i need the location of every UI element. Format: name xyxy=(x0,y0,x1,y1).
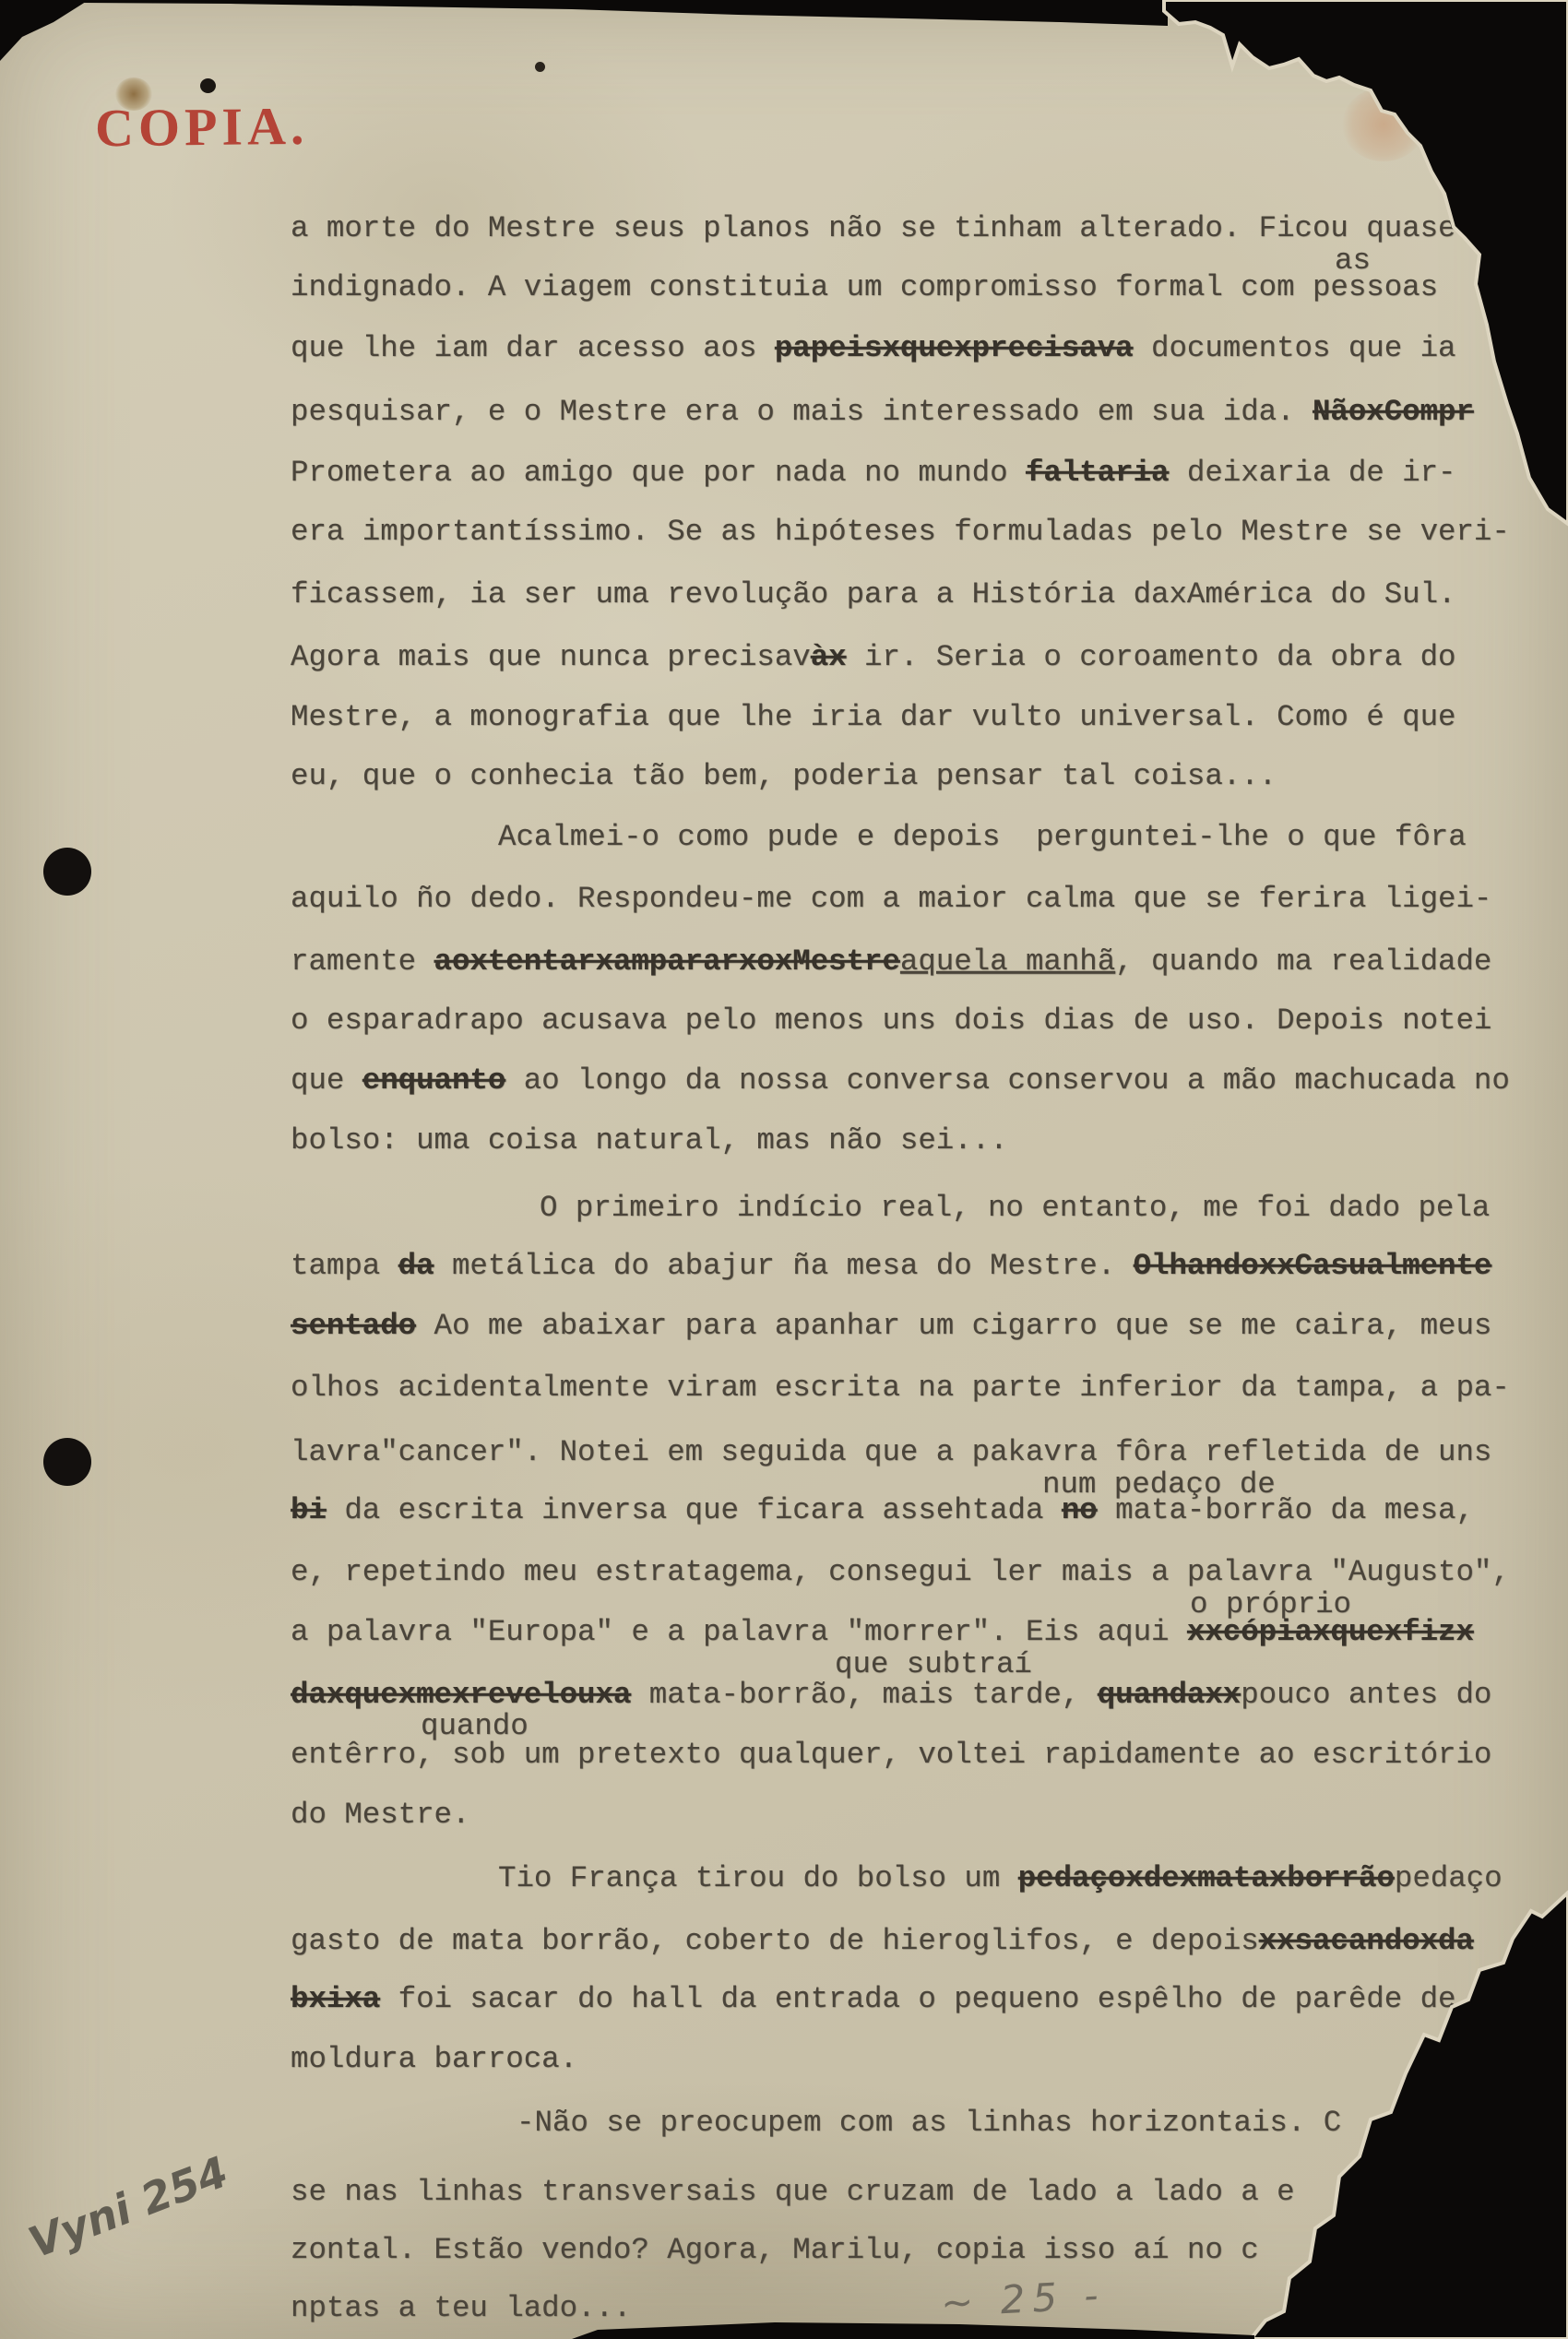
typed-line: Prometera ao amigo que por nada no mundo… xyxy=(291,458,1455,488)
typed-text-segment: que lhe iam dar acesso aos xyxy=(291,331,775,365)
typed-strikeout-segment: papeisxquexprecisava xyxy=(775,331,1134,365)
typed-underlined-segment: aquela manhã xyxy=(900,944,1115,979)
typed-text-segment: , quando ma realidade xyxy=(1115,944,1491,979)
typed-line: Mestre, a monografia que lhe iria dar vu… xyxy=(291,703,1455,732)
typed-text-segment: bolso: uma coisa natural, mas não sei... xyxy=(291,1123,1008,1158)
typed-text-segment: pouco antes do xyxy=(1241,1678,1491,1712)
typed-text-segment: Ao me abaixar para apanhar um cigarro qu… xyxy=(416,1309,1491,1343)
typed-strikeout-segment: xxsacandoxda xyxy=(1259,1924,1474,1958)
typed-line: pesquisar, e o Mestre era o mais interes… xyxy=(291,398,1474,427)
typed-strikeout-segment: enquanto xyxy=(362,1063,506,1098)
typed-text-segment: ir. Seria o coroamento da obra do xyxy=(847,640,1456,674)
typed-text-segment: ficassem, ia ser uma revolução para a Hi… xyxy=(291,577,1455,611)
typed-text-segment: deixaria de ir- xyxy=(1169,456,1455,490)
typed-text-segment: o esparadrapo acusava pelo menos uns doi… xyxy=(291,1003,1491,1038)
typed-strikeout-segment: bi xyxy=(291,1493,327,1527)
typed-line: aquilo ño dedo. Respondeu-me com a maior… xyxy=(291,885,1491,914)
typed-text-segment: a morte do Mestre seus planos não se tin… xyxy=(291,211,1455,245)
typed-line: lavra"cancer". Notei em seguida que a pa… xyxy=(291,1438,1491,1467)
typed-line: zontal. Estão vendo? Agora, Marilu, copi… xyxy=(291,2236,1259,2265)
typed-text-segment: pedaço xyxy=(1395,1861,1503,1895)
typed-text-segment: mata-borrão, mais tarde, xyxy=(631,1678,1097,1712)
ink-speck xyxy=(535,62,545,72)
typed-text-segment: Mestre, a monografia que lhe iria dar vu… xyxy=(291,700,1455,734)
typed-text-segment: zontal. Estão vendo? Agora, Marilu, copi… xyxy=(291,2233,1259,2267)
typed-strikeout-segment: faltaria xyxy=(1026,456,1170,490)
typed-text-segment: pesquisar, e o Mestre era o mais interes… xyxy=(291,395,1313,429)
typed-line: O primeiro indício real, no entanto, me … xyxy=(540,1193,1490,1223)
typed-strikeout-segment: NãoxCompr xyxy=(1313,395,1474,429)
typed-text-segment: do Mestre. xyxy=(291,1798,469,1832)
typed-line: bxixa foi sacar do hall da entrada o peq… xyxy=(291,1985,1455,2014)
typed-line: bolso: uma coisa natural, mas não sei... xyxy=(291,1126,1008,1156)
typed-line: o esparadrapo acusava pelo menos uns doi… xyxy=(291,1006,1491,1036)
typed-text-segment: metálica do abajur ña mesa do Mestre. xyxy=(434,1249,1134,1283)
typed-line: a palavra "Europa" e a palavra "morrer".… xyxy=(291,1618,1474,1647)
typed-strikeout-segment: sentado xyxy=(291,1309,416,1343)
tan-stain xyxy=(1342,88,1425,161)
typed-correction-line: que subtraí xyxy=(835,1650,1032,1680)
typed-line: que lhe iam dar acesso aos papeisxquexpr… xyxy=(291,334,1455,363)
typed-line: nptas a teu lado... xyxy=(291,2294,631,2323)
typed-strikeout-segment: quandaxx xyxy=(1098,1678,1241,1712)
typed-text-segment: Acalmei-o como pude e depois perguntei-l… xyxy=(498,820,1467,854)
typed-line: entêrro, sob um pretexto qualquer, volte… xyxy=(291,1740,1491,1770)
copia-stamp: COPIA. xyxy=(95,95,309,159)
typed-strikeout-segment: aoxtentarxampararxoxMestre xyxy=(434,944,900,979)
typed-line: tampa da metálica do abajur ña mesa do M… xyxy=(291,1252,1491,1281)
typed-text-segment: que xyxy=(291,1063,362,1098)
typed-line: Agora mais que nunca precisavàx ir. Seri… xyxy=(291,643,1455,672)
typed-line: -Não se preocupem com as linhas horizont… xyxy=(517,2108,1341,2138)
typed-strikeout-segment: bxixa xyxy=(291,1982,380,2016)
ink-speck xyxy=(200,78,216,93)
typed-strikeout-segment: no xyxy=(1062,1493,1098,1527)
typed-text-segment: Prometera ao amigo que por nada no mundo xyxy=(291,456,1026,490)
typed-line: gasto de mata borrão, coberto de hierogl… xyxy=(291,1927,1474,1956)
typed-text-segment: a palavra "Europa" e a palavra "morrer".… xyxy=(291,1615,1187,1649)
typed-line: sentado Ao me abaixar para apanhar um ci… xyxy=(291,1312,1491,1341)
typed-text-segment: se nas linhas transversais que cruzam de… xyxy=(291,2175,1295,2209)
typed-text-segment: ao longo da nossa conversa conservou a m… xyxy=(505,1063,1510,1098)
typed-text-segment: que subtraí xyxy=(835,1647,1032,1681)
typed-line: do Mestre. xyxy=(291,1800,469,1830)
punch-hole xyxy=(43,848,91,896)
typed-line: indignado. A viagem constituia um compro… xyxy=(291,273,1438,303)
typed-strikeout-segment: xxcópiaxquexfizx xyxy=(1187,1615,1474,1649)
typed-text-segment: moldura barroca. xyxy=(291,2042,577,2076)
typed-line: era importantíssimo. Se as hipóteses for… xyxy=(291,517,1510,547)
typed-text-segment: foi sacar do hall da entrada o pequeno e… xyxy=(380,1982,1455,2016)
typed-strikeout-segment: pedaçoxdexmataxborrão xyxy=(1018,1861,1395,1895)
typed-text-segment: entêrro, sob um pretexto qualquer, volte… xyxy=(291,1738,1491,1772)
typed-strikeout-segment: daxquexmexrevelouxa xyxy=(291,1678,631,1712)
typed-line: ramente aoxtentarxampararxoxMestreaquela… xyxy=(291,947,1491,977)
typed-line: moldura barroca. xyxy=(291,2045,577,2074)
typed-line: a morte do Mestre seus planos não se tin… xyxy=(291,214,1455,243)
typed-text-segment: ramente xyxy=(291,944,434,979)
typed-text-segment: eu, que o conhecia tão bem, poderia pens… xyxy=(291,759,1277,793)
typed-text-segment: -Não se preocupem com as linhas horizont… xyxy=(517,2106,1341,2140)
typed-text-segment: tampa xyxy=(291,1249,398,1283)
typed-text-segment: documentos que ia xyxy=(1134,331,1456,365)
typed-text-segment: era importantíssimo. Se as hipóteses for… xyxy=(291,515,1510,549)
typed-line: que enquanto ao longo da nossa conversa … xyxy=(291,1066,1510,1096)
typed-text-segment: nptas a teu lado... xyxy=(291,2291,631,2325)
typed-line: daxquexmexrevelouxa mata-borrão, mais ta… xyxy=(291,1680,1491,1710)
typed-text-segment: lavra"cancer". Notei em seguida que a pa… xyxy=(291,1435,1491,1469)
typed-text-segment: gasto de mata borrão, coberto de hierogl… xyxy=(291,1924,1259,1958)
typed-line: se nas linhas transversais que cruzam de… xyxy=(291,2178,1295,2207)
typed-text-segment: e, repetindo meu estratagema, consegui l… xyxy=(291,1555,1510,1589)
typed-text-segment: da escrita inversa que ficara assehtada xyxy=(327,1493,1062,1527)
typed-line: Acalmei-o como pude e depois perguntei-l… xyxy=(498,823,1467,852)
typed-line: e, repetindo meu estratagema, consegui l… xyxy=(291,1558,1510,1587)
document-scan: COPIA. a morte do Mestre seus planos não… xyxy=(0,0,1568,2339)
typed-line: olhos acidentalmente viram escrita na pa… xyxy=(291,1373,1510,1403)
typed-line: ficassem, ia ser uma revolução para a Hi… xyxy=(291,580,1455,610)
typed-text-segment: Agora mais que nunca precisav xyxy=(291,640,811,674)
typed-text-segment: O primeiro indício real, no entanto, me … xyxy=(540,1191,1490,1225)
typed-line: eu, que o conhecia tão bem, poderia pens… xyxy=(291,762,1277,791)
typed-line: bi da escrita inversa que ficara assehta… xyxy=(291,1496,1474,1526)
typed-text-segment: olhos acidentalmente viram escrita na pa… xyxy=(291,1371,1510,1405)
typed-text-segment: aquilo ño dedo. Respondeu-me com a maior… xyxy=(291,882,1491,916)
typed-strikeout-segment: da xyxy=(398,1249,434,1283)
page-number-handwritten: ~ 25 - xyxy=(940,2272,1107,2325)
typed-text-segment: indignado. A viagem constituia um compro… xyxy=(291,270,1438,304)
typed-line: Tio França tirou do bolso um pedaçoxdexm… xyxy=(498,1864,1503,1894)
typed-strikeout-segment: àx xyxy=(811,640,847,674)
typed-strikeout-segment: OlhandoxxCasualmente xyxy=(1134,1249,1492,1283)
typed-text-segment: Tio França tirou do bolso um xyxy=(498,1861,1018,1895)
typed-text-segment: mata-borrão da mesa, xyxy=(1098,1493,1474,1527)
punch-hole xyxy=(43,1438,91,1486)
